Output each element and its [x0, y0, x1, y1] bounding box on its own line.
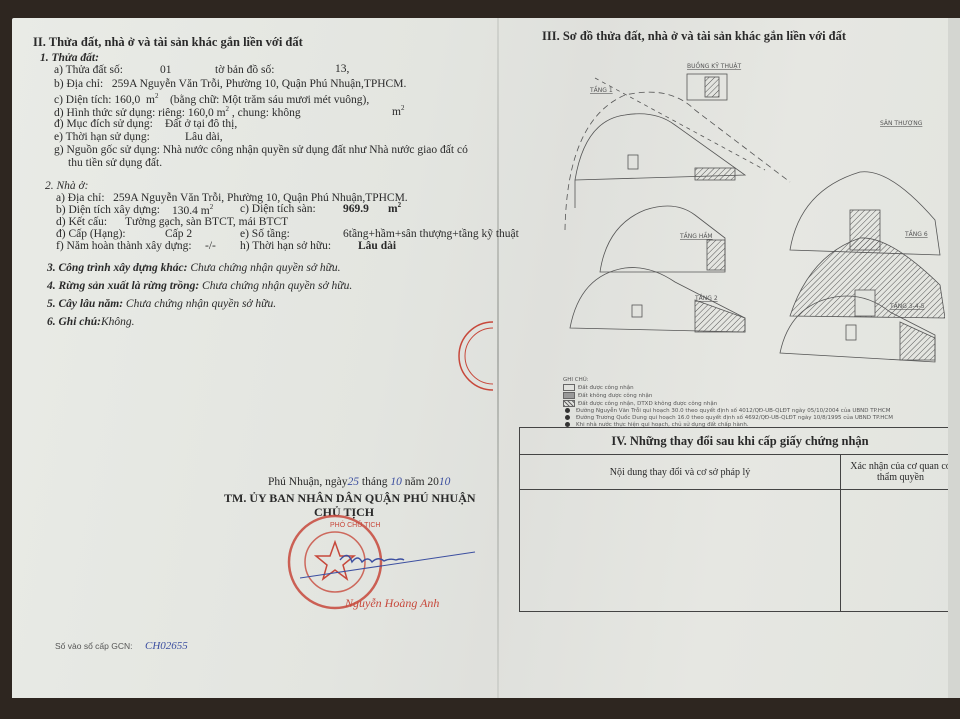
legend-item: Đất không được công nhận	[578, 393, 652, 399]
label-tang-2: TẦNG 2	[694, 294, 718, 302]
legend-swatch-hatched	[563, 400, 575, 407]
legend-item: Đường Trương Quốc Dung qui hoạch 16.0 th…	[576, 415, 893, 421]
column-header-changes: Nội dung thay đổi và cơ sở pháp lý	[520, 455, 841, 489]
label-tang-1: TẦNG 1	[589, 86, 613, 94]
purpose-label: đ) Mục đích sử dụng:	[54, 118, 153, 130]
usage-unit: m	[392, 106, 401, 118]
year-value: -/-	[205, 240, 216, 252]
grade-value: Cấp 2	[165, 228, 192, 240]
changes-cell-empty	[520, 490, 841, 612]
floor-area-label: c) Diện tích sàn:	[240, 203, 316, 215]
origin-label: g) Nguồn gốc sử dụng:	[54, 144, 160, 156]
signature-scribble	[300, 540, 480, 585]
floor-area-value: 969.9	[343, 203, 369, 215]
build-area-label: b) Diện tích xây dựng:	[56, 204, 160, 216]
signer-name: Nguyễn Hoàng Anh	[345, 596, 439, 611]
other-label-3: 3. Công trình xây dựng khác:	[47, 262, 187, 274]
parcel-label: a) Thửa đất số:	[54, 64, 123, 76]
stamp-title: PHÓ CHỦ TỊCH	[330, 522, 380, 529]
house-heading: 2. Nhà ở:	[45, 180, 89, 192]
floors-label: e) Số tầng:	[240, 228, 290, 240]
parcel-number: 01	[160, 64, 172, 76]
label-buong-ky-thuat: BUỒNG KỸ THUẬT	[687, 61, 741, 70]
seal-partial-stamp	[455, 318, 495, 393]
land-address: 259A Nguyễn Văn Trỗi, Phường 10, Quận Ph…	[112, 78, 407, 90]
land-address-label: b) Địa chỉ:	[54, 78, 103, 90]
term-label: e) Thời hạn sử dụng:	[54, 131, 150, 143]
authority-title: TM. ỦY BAN NHÂN DÂN QUẬN PHÚ NHUẬN	[224, 491, 476, 506]
structure-value: Tường gạch, sàn BTCT, mái BTCT	[125, 216, 288, 228]
label-san-thuong: SÂN THƯỢNG	[880, 120, 923, 127]
origin-value: Nhà nước công nhận quyền sử dụng đất như…	[163, 144, 468, 156]
page-edge	[948, 18, 960, 698]
origin-continued: thu tiền sử dụng đất.	[68, 157, 162, 169]
legend-swatch-not-recognized	[563, 392, 575, 399]
other-value-3: Chưa chứng nhận quyền sở hữu.	[190, 262, 340, 274]
other-value-6: Không.	[101, 316, 135, 328]
usage-shared: , chung: không	[232, 107, 301, 119]
ownership-term-value: Lâu dài	[358, 240, 396, 252]
date-month: 10	[390, 476, 402, 488]
bullet-icon	[565, 408, 570, 413]
other-value-4: Chưa chứng nhận quyền sở hữu.	[202, 280, 352, 292]
registry-label: Số vào sổ cấp GCN:	[55, 641, 132, 651]
land-heading: 1. Thửa đất:	[40, 52, 99, 64]
year-label-text: năm 20	[405, 476, 439, 488]
section-ii-title: II. Thửa đất, nhà ở và tài sản khác gắn …	[33, 35, 303, 50]
changes-table-title: IV. Những thay đổi sau khi cấp giấy chứn…	[520, 428, 960, 455]
section-iii-title: III. Sơ đồ thửa đất, nhà ở và tài sản kh…	[542, 29, 846, 44]
other-label-6: 6. Ghi chú:	[47, 316, 101, 328]
legend-item: Đất được công nhận	[578, 385, 634, 391]
bullet-icon	[565, 415, 570, 420]
legend-item: Đường Nguyễn Văn Trỗi qui hoạch 30.0 the…	[576, 408, 891, 414]
other-label-5: 5. Cây lâu năm:	[47, 298, 123, 310]
floors-value: 6tầng+hầm+sân thượng+tầng kỹ thuật	[343, 228, 519, 240]
column-header-confirmation: Xác nhận của cơ quan có thẩm quyền	[841, 455, 960, 489]
other-value-5: Chưa chứng nhận quyền sở hữu.	[126, 298, 276, 310]
term-value: Lâu dài,	[185, 131, 223, 143]
label-tang-6: TẦNG 6	[904, 230, 928, 238]
legend-swatch-recognized	[563, 384, 575, 391]
changes-table: IV. Những thay đổi sau khi cấp giấy chứn…	[519, 427, 960, 612]
grade-label: đ) Cấp (Hạng):	[56, 228, 126, 240]
registry-number: CH02655	[145, 640, 188, 652]
legend-title: GHI CHÚ:	[563, 377, 893, 384]
page-fold	[497, 18, 499, 698]
date-year: 10	[439, 476, 451, 488]
date-prefix: Phú Nhuận, ngày	[268, 476, 348, 488]
month-label: tháng	[362, 476, 388, 488]
map-sheet-label: tờ bản đồ số:	[215, 64, 274, 76]
map-sheet-number: 13,	[335, 63, 349, 75]
diagram-legend: GHI CHÚ: Đất được công nhận Đất không đư…	[563, 377, 893, 429]
floor-plan-diagram: BUỒNG KỸ THUẬT TẦNG 1 SÂN THƯỢNG TẦNG HẦ…	[545, 60, 945, 380]
other-label-4: 4. Rừng sản xuất là rừng trồng:	[47, 280, 199, 292]
legend-item: Đất được công nhận, DTXD không được công…	[578, 401, 717, 407]
purpose-value: Đất ở tại đô thị,	[165, 118, 237, 130]
floor-area-unit: m	[388, 203, 398, 215]
date-day: 25	[348, 476, 360, 488]
structure-label: d) Kết cấu:	[56, 216, 107, 228]
label-tang-ham: TẦNG HẦM	[679, 232, 713, 240]
ownership-term-label: h) Thời hạn sở hữu:	[240, 240, 331, 252]
label-tang-3-4-5: TẦNG 3-4-5	[889, 302, 925, 310]
confirmation-cell-empty	[841, 490, 960, 612]
house-address-label: a) Địa chỉ:	[56, 192, 105, 204]
year-label: f) Năm hoàn thành xây dựng:	[56, 240, 192, 252]
